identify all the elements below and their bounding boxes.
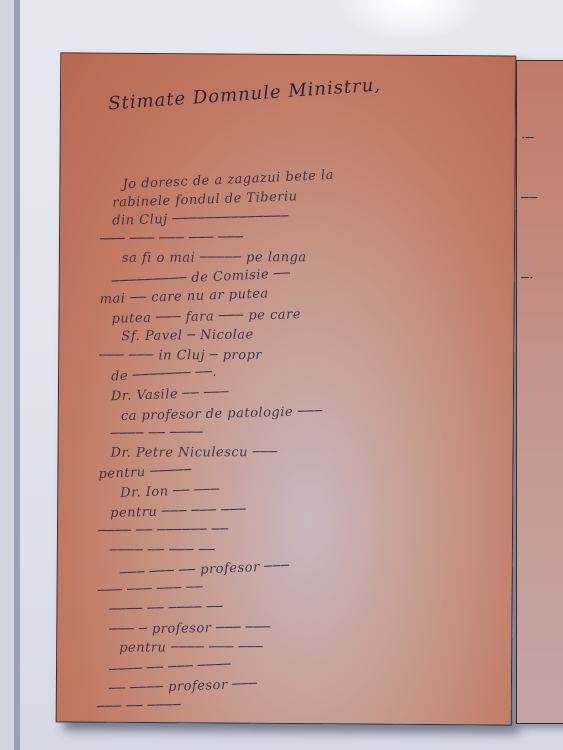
handwriting-fragment: ─· [521,271,534,286]
handwritten-line: pentru ─── ─── ─── [110,502,246,520]
handwritten-line: putea ─── fara ─── pe care [111,307,301,327]
handwritten-line: rabinele fondul de Tiberiu [112,189,298,210]
handwritten-line: pentru ──── ─── ─── [119,640,263,656]
handwritten-line: pentru ───── [98,462,192,481]
handwriting-fragment: ── [521,191,538,206]
manuscript-page[interactable]: Jo doresc de a zagazui bete larabinele f… [56,52,517,725]
handwritten-line: ca profesor de patologie ─── [121,404,323,424]
handwritten-line: ─── ─── ─── ── [97,580,203,599]
handwritten-line: de ─────── ──. [111,365,217,385]
handwritten-line: din Cluj ────────────── [112,209,289,228]
handwritten-line: Jo doresc de a zagazui bete la [122,168,334,193]
handwritten-line: Sf. Pavel ─ Nicolae [121,327,254,344]
handwritten-line: ──── ── ──── ── [109,600,223,618]
screen-glare [340,0,480,40]
adjacent-panel-edge [0,0,14,750]
handwritten-line: Dr. Petre Niculescu ─── [111,445,278,461]
handwriting-fragment: ·─ [521,131,534,146]
handwritten-line: ──── ── ──── [111,425,204,441]
handwritten-line: ──── ── ─── ──── [109,657,232,678]
handwritten-line: mai ── care nu ar putea [99,286,268,307]
handwritten-line: ──── ── ─── ── [110,542,216,557]
handwritten-line: ──── ── ────── ── [98,522,229,539]
window-divider [14,0,20,750]
handwritten-line: sa fi o mai ───── pe langa [122,250,307,266]
handwritten-line: ─── ─── ─── ─── ─── [100,230,244,247]
handwritten-line: ─── ── ──── [97,697,182,714]
handwritten-line: ─── ─── ── profesor ─── [119,559,289,582]
handwritten-line: Dr. Ion ── ─── [120,482,220,500]
handwritten-line: ─── ─── in Cluj ─ propr [99,347,262,363]
handwritten-line: ─── ─ profesor ─── ─── [109,620,271,637]
handwritten-line: ─── ─── ─── [119,718,203,726]
handwritten-line: Dr. Vasile ── ─── [111,385,229,404]
next-manuscript-page-thumbnail[interactable]: ·─ ── ─· [516,60,563,724]
handwritten-line: ── ──── profesor ─── [109,677,258,697]
